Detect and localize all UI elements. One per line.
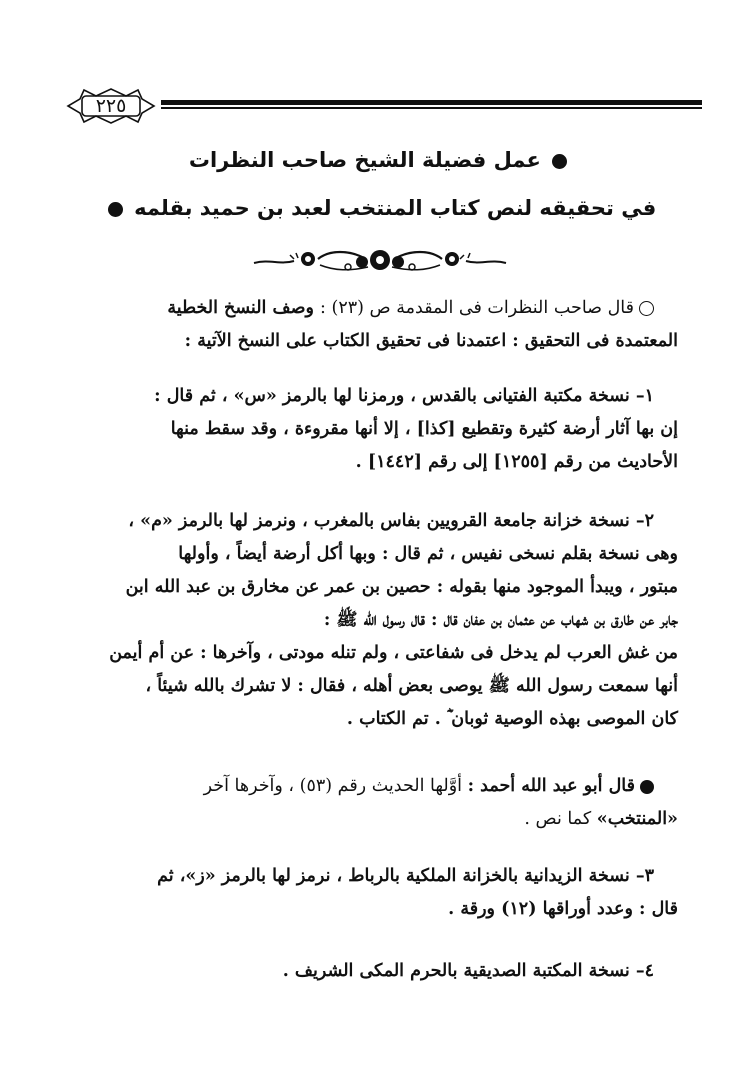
section-title-line-2: في تحقيقه لنص كتاب المنتخب لعبد بن حميد … (60, 196, 700, 220)
floral-ornament-icon (250, 247, 510, 273)
manuscript-item-2: ٢– نسخة خزانة جامعة القرويين بفاس بالمغر… (70, 505, 678, 736)
manuscript-item-1: ١– نسخة مكتبة الفتيانى بالقدس ، ورمزنا ل… (70, 380, 678, 479)
bullet-icon (108, 202, 123, 217)
page-header: ٢٢٥ (66, 88, 702, 124)
page-number: ٢٢٥ (66, 88, 156, 124)
intro-paragraph: قال صاحب النظرات فى المقدمة ص (٢٣) : وصف… (70, 292, 678, 358)
bullet-icon (640, 780, 654, 794)
section-title-line-1: عمل فضيلة الشيخ صاحب النظرات (60, 148, 700, 172)
page-number-badge: ٢٢٥ (66, 88, 156, 124)
manuscript-item-3: ٣– نسخة الزيدانية بالخزانة الملكية بالرب… (70, 860, 678, 926)
manuscript-item-4: ٤– نسخة المكتبة الصديقية بالحرم المكى ال… (70, 955, 678, 988)
bullet-icon (552, 154, 567, 169)
hollow-circle-icon (639, 301, 654, 316)
floral-ornament-divider (250, 247, 510, 273)
author-note: قال أبو عبد الله أحمد : أوَّلها الحديث ر… (70, 770, 678, 836)
header-rule (161, 100, 702, 110)
book-page: ٢٢٥ عمل فضيلة الشيخ صاحب النظرات في تحقي… (0, 0, 743, 1086)
